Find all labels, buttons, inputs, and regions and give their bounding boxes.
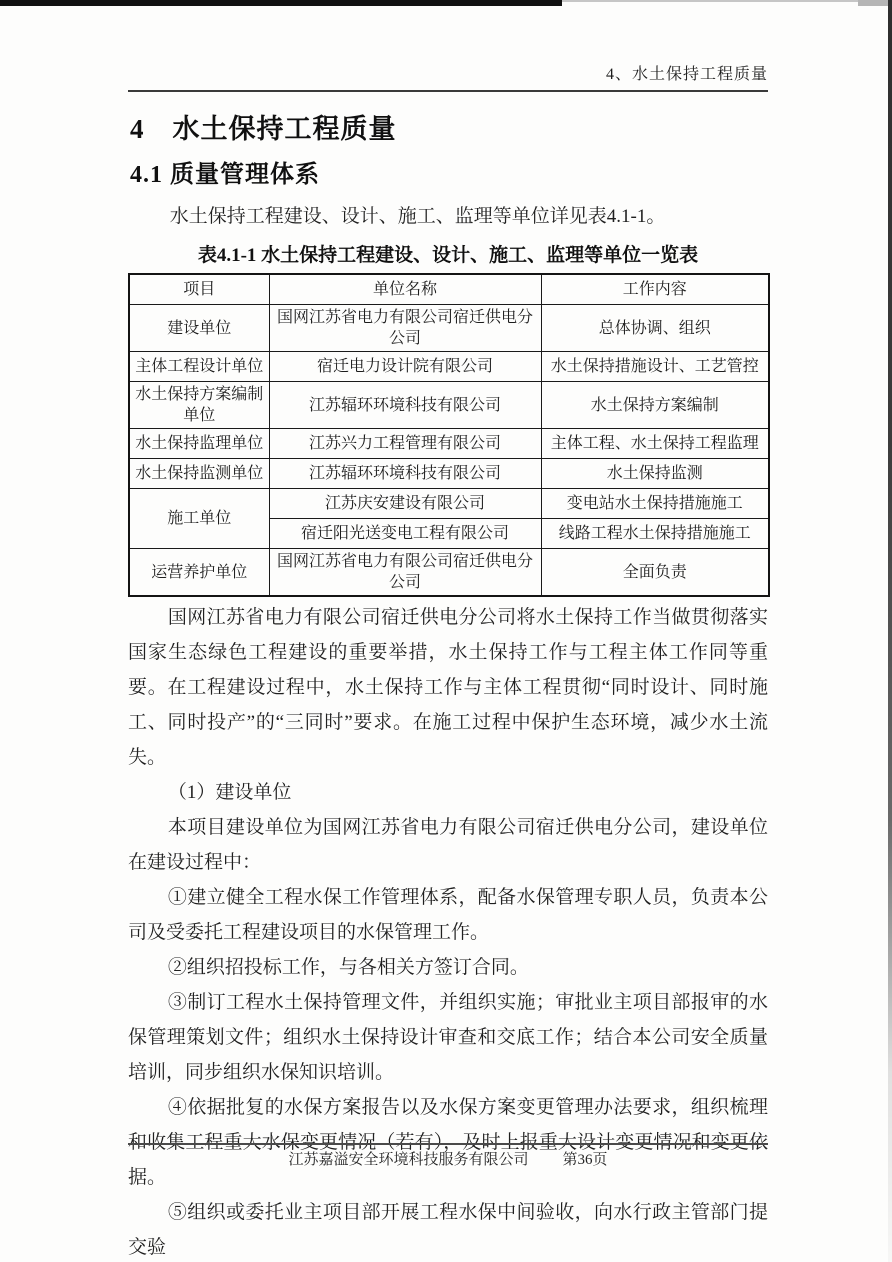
intro-paragraph: 水土保持工程建设、设计、施工、监理等单位详见表4.1-1。 xyxy=(128,202,768,232)
cell-project: 水土保持监理单位 xyxy=(129,429,269,459)
cell-project: 施工单位 xyxy=(129,489,269,549)
paragraph: ⑤组织或委托业主项目部开展工程水保中间验收，向水行政主管部门提交验 xyxy=(128,1195,768,1262)
cell-unit: 江苏辐环环境科技有限公司 xyxy=(269,382,541,429)
cell-work: 线路工程水土保持措施施工 xyxy=(541,519,769,549)
table-title: 表4.1-1 水土保持工程建设、设计、施工、监理等单位一览表 xyxy=(128,242,768,270)
paragraph: （1）建设单位 xyxy=(128,775,768,810)
cell-unit: 国网江苏省电力有限公司宿迁供电分公司 xyxy=(269,305,541,352)
table-header-row: 项目 单位名称 工作内容 xyxy=(129,274,769,305)
footer-page-number: 第36页 xyxy=(563,1152,608,1168)
cell-unit: 国网江苏省电力有限公司宿迁供电分公司 xyxy=(269,549,541,597)
cell-project: 运营养护单位 xyxy=(129,549,269,597)
cell-project: 水土保持监测单位 xyxy=(129,459,269,489)
cell-project: 水土保持方案编制单位 xyxy=(129,382,269,429)
page-content: 4、水土保持工程质量 4 水土保持工程质量 4.1 质量管理体系 水土保持工程建… xyxy=(128,0,768,1262)
table-row: 主体工程设计单位 宿迁电力设计院有限公司 水土保持措施设计、工艺管控 xyxy=(129,352,769,382)
column-header-project: 项目 xyxy=(129,274,269,305)
paragraph: ③制订工程水土保持管理文件，并组织实施；审批业主项目部报审的水保管理策划文件；组… xyxy=(128,985,768,1090)
chapter-heading: 4 水土保持工程质量 xyxy=(130,112,768,146)
cell-unit: 江苏庆安建设有限公司 xyxy=(269,489,541,519)
cell-unit: 江苏辐环环境科技有限公司 xyxy=(269,459,541,489)
paragraph: ①建立健全工程水保工作管理体系，配备水保管理专职人员，负责本公司及受委托工程建设… xyxy=(128,880,768,950)
footer-rule xyxy=(128,1143,768,1145)
running-header-text: 4、水土保持工程质量 xyxy=(606,66,768,83)
table-row: 水土保持监理单位 江苏兴力工程管理有限公司 主体工程、水土保持工程监理 xyxy=(129,429,769,459)
cell-work: 水土保持措施设计、工艺管控 xyxy=(541,352,769,382)
paragraph: ②组织招投标工作，与各相关方签订合同。 xyxy=(128,950,768,985)
paragraph: 国网江苏省电力有限公司宿迁供电分公司将水土保持工作当做贯彻落实国家生态绿色工程建… xyxy=(128,600,768,775)
scan-artifact-right-edge xyxy=(888,0,892,1262)
cell-project: 建设单位 xyxy=(129,305,269,352)
page-footer: 江苏嘉溢安全环境科技服务有限公司第36页 xyxy=(128,1143,768,1170)
column-header-unit: 单位名称 xyxy=(269,274,541,305)
paragraph: 本项目建设单位为国网江苏省电力有限公司宿迁供电分公司，建设单位在建设过程中： xyxy=(128,810,768,880)
cell-work: 水土保持监测 xyxy=(541,459,769,489)
cell-unit: 江苏兴力工程管理有限公司 xyxy=(269,429,541,459)
document-page: 4、水土保持工程质量 4 水土保持工程质量 4.1 质量管理体系 水土保持工程建… xyxy=(0,0,892,1262)
section-heading: 4.1 质量管理体系 xyxy=(130,160,768,190)
cell-work: 水土保持方案编制 xyxy=(541,382,769,429)
running-header: 4、水土保持工程质量 xyxy=(128,64,768,86)
table-row: 水土保持方案编制单位 江苏辐环环境科技有限公司 水土保持方案编制 xyxy=(129,382,769,429)
scan-artifact-corner xyxy=(858,0,892,6)
table-row: 施工单位 江苏庆安建设有限公司 变电站水土保持措施施工 xyxy=(129,489,769,519)
cell-project: 主体工程设计单位 xyxy=(129,352,269,382)
cell-work: 主体工程、水土保持工程监理 xyxy=(541,429,769,459)
footer-company: 江苏嘉溢安全环境科技服务有限公司 xyxy=(288,1152,528,1168)
cell-unit: 宿迁电力设计院有限公司 xyxy=(269,352,541,382)
table-row: 运营养护单位 国网江苏省电力有限公司宿迁供电分公司 全面负责 xyxy=(129,549,769,597)
cell-work: 全面负责 xyxy=(541,549,769,597)
cell-work: 总体协调、组织 xyxy=(541,305,769,352)
table-row: 水土保持监测单位 江苏辐环环境科技有限公司 水土保持监测 xyxy=(129,459,769,489)
footer-text: 江苏嘉溢安全环境科技服务有限公司第36页 xyxy=(128,1150,768,1170)
units-table: 项目 单位名称 工作内容 建设单位 国网江苏省电力有限公司宿迁供电分公司 总体协… xyxy=(128,273,770,597)
table-row: 建设单位 国网江苏省电力有限公司宿迁供电分公司 总体协调、组织 xyxy=(129,305,769,352)
column-header-work: 工作内容 xyxy=(541,274,769,305)
header-rule xyxy=(128,90,768,92)
cell-unit: 宿迁阳光送变电工程有限公司 xyxy=(269,519,541,549)
cell-work: 变电站水土保持措施施工 xyxy=(541,489,769,519)
